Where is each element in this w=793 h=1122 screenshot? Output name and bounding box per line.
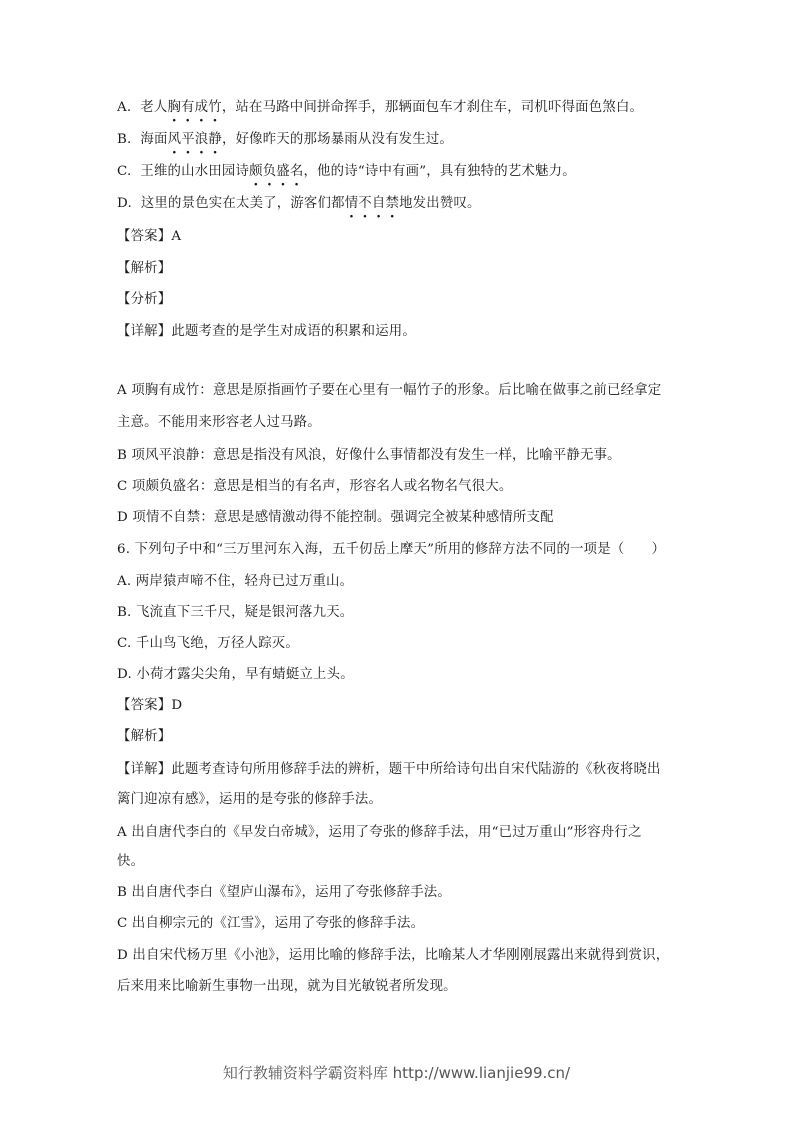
q6-answer: 【答案】D: [117, 697, 182, 715]
q5-explanation-line: B 项风平浪静：意思是指没有风浪，好像什么事情都没有发生一样，比喻平静无事。: [117, 447, 621, 465]
q5-option-b: B. 海面风平浪静，好像昨天的那场暴雨从没有发生过。: [117, 131, 453, 149]
emphasis-char: 风: [168, 131, 182, 149]
emphasis-char: 负: [263, 163, 277, 181]
option-text-post: ，好像昨天的那场暴雨从没有发生过。: [222, 132, 453, 147]
q5-detail: 【详解】此题考查的是学生对成语的积累和运用。: [117, 323, 416, 341]
q5-explanation-line: C 项颇负盛名：意思是相当的有名声，形容名人或名物名气很大。: [117, 478, 512, 496]
emphasis-char: 竹: [208, 99, 222, 117]
option-label: D.: [117, 196, 132, 211]
emphasis-char: 名: [290, 163, 304, 181]
q5-option-d: D. 这里的景色实在太美了，游客们都情不自禁地发出赞叹。: [117, 195, 481, 213]
q5-fenxi-heading: 【分析】: [117, 291, 171, 309]
q6-option-d: D. 小荷才露尖尖角，早有蜻蜓立上头。: [117, 666, 354, 684]
emphasis-char: 情: [345, 195, 359, 213]
emphasis-char: 有: [181, 99, 195, 117]
footer-watermark: 知行教辅资料学霸资料库 http://www.lianjie99.cn/: [0, 1062, 793, 1083]
emphasis-char: 平: [181, 131, 195, 149]
q6-detail-line: D 出自宋代杨万里《小池》，运用比喻的修辞手法，比喻某人才华刚刚展露出来就得到赏…: [117, 947, 669, 965]
emphasis-char: 自: [372, 195, 386, 213]
q6-detail-line: B 出自唐代李白《望庐山瀑布》，运用了夸张修辞手法。: [117, 884, 451, 902]
option-text-pre: 这里的景色实在太美了，游客们都: [141, 196, 345, 211]
emphasis-char: 静: [208, 131, 222, 149]
option-text-pre: 老人: [140, 100, 167, 115]
q5-jiexi-heading: 【解析】: [117, 260, 171, 278]
emphasis-char: 胸: [167, 99, 181, 117]
option-label: C.: [117, 164, 131, 179]
q6-option-b: B. 飞流直下三千尺，疑是银河落九天。: [117, 604, 353, 622]
q6-option-c: C. 千山鸟飞绝，万径人踪灭。: [117, 635, 299, 653]
q6-jiexi-heading: 【解析】: [117, 728, 171, 746]
emphasis-char: 浪: [195, 131, 209, 149]
emphasis-char: 成: [195, 99, 209, 117]
q5-option-a: A. 老人胸有成竹，站在马路中间拼命挥手，那辆面包车才刹住车，司机吓得面色煞白。: [117, 99, 643, 117]
option-text-pre: 王维的山水田园诗: [140, 164, 249, 179]
q6-detail-line: 篱门迎凉有感》，运用的是夸张的修辞手法。: [117, 791, 382, 809]
q5-explanation-line: A 项胸有成竹：意思是原指画竹子要在心里有一幅竹子的形象。后比喻在做事之前已经拿…: [117, 382, 661, 400]
emphasis-char: 禁: [385, 195, 399, 213]
emphasis-char: 不: [358, 195, 372, 213]
option-text-post: ，站在马路中间拼命挥手，那辆面包车才刹住车，司机吓得面色煞白。: [222, 100, 643, 115]
q6-detail-line: C 出自柳宗元的《江雪》，运用了夸张的修辞手法。: [117, 915, 424, 933]
q6-detail-line: 【详解】此题考查诗句所用修辞手法的辨析，题干中所给诗句出自宋代陆游的《秋夜将晓出: [117, 761, 661, 779]
option-text-pre: 海面: [140, 132, 167, 147]
q6-option-a: A. 两岸猿声啼不住，轻舟已过万重山。: [117, 573, 353, 591]
q6-detail-line: 快。: [117, 853, 144, 871]
option-text-post: ，他的诗“诗中有画”，具有独特的艺术魅力。: [303, 164, 575, 179]
q5-answer: 【答案】A: [117, 228, 181, 246]
q5-explanation-line: 主意。不能用来形容老人过马路。: [117, 414, 321, 432]
q6-stem: 6. 下列句子中和“三万里河东入海，五千仞岳上摩天”所用的修辞方法不同的一项是（…: [117, 541, 665, 559]
q6-detail-line: 后来用来比喻新生事物一出现，就为目光敏锐者所发现。: [117, 978, 457, 996]
q5-option-c: C. 王维的山水田园诗颇负盛名，他的诗“诗中有画”，具有独特的艺术魅力。: [117, 163, 576, 181]
q6-detail-line: A 出自唐代李白的《早发白帝城》，运用了夸张的修辞手法，用“已过万重山”形容舟行…: [117, 824, 642, 842]
emphasis-char: 颇: [249, 163, 263, 181]
emphasis-char: 盛: [276, 163, 290, 181]
option-label: A.: [117, 100, 131, 115]
option-text-post: 地发出赞叹。: [399, 196, 481, 211]
option-label: B.: [117, 132, 132, 147]
q5-explanation-line: D 项情不自禁：意思是感情激动得不能控制。强调完全被某种感情所支配: [117, 509, 554, 527]
